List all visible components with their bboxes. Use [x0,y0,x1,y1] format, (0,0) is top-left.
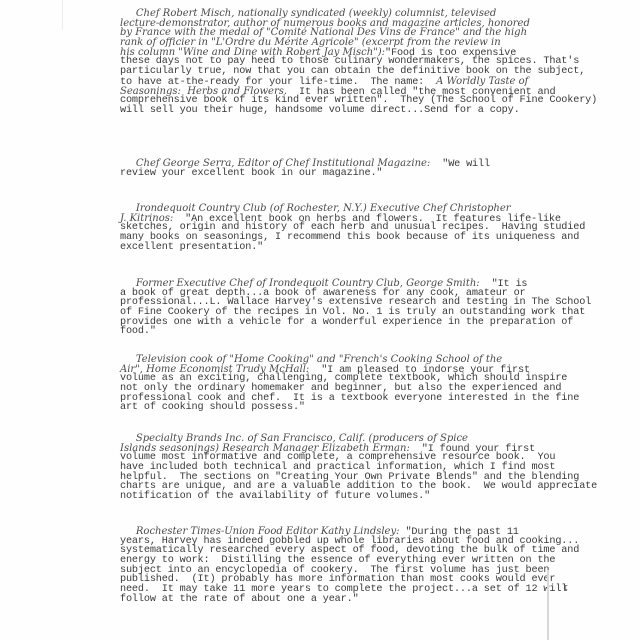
quote-text: follow at the rate of about one a year." [120,594,359,605]
quote-text: review your excellent book in our magazi… [120,168,382,179]
text-line: notification of the availability of futu… [120,492,597,502]
quote-text: art of cooking should possess." [120,402,305,413]
text-line: review your excellent book in our magazi… [120,169,490,179]
text-line: Irondequoit Country Club (of Rochester, … [120,204,585,214]
attribution-text: Irondequoit Country Club (of Rochester, … [120,203,511,214]
testimonial-trudy-mchall: Television cook of "Home Cooking" and "F… [120,355,579,413]
testimonial-george-smith: Former Executive Chef of Irondequoit Cou… [120,279,591,337]
text-line: follow at the rate of about one a year." [120,595,579,605]
quote-text: notification of the availability of futu… [120,491,430,502]
document-page: Chef Robert Misch, nationally syndicated… [0,0,640,640]
text-line: will sell you their huge, handsome volum… [120,106,597,116]
scan-artifact [62,0,63,30]
binding-edge [547,570,549,640]
text-line: excellent presentation." [120,243,585,253]
quote-text: excellent presentation." [120,242,263,253]
attribution-text: A Worldly Taste of [436,76,528,87]
testimonial-robert-misch: Chef Robert Misch, nationally syndicated… [120,9,597,116]
testimonial-george-serra: Chef George Serra, Editor of Chef Instit… [120,159,490,178]
text-line: art of cooking should possess." [120,403,579,413]
quote-text: provides one with a vehicle for a wonder… [120,317,573,328]
edge-mark: ɪ [563,583,567,613]
quote-text: food." [120,326,156,337]
testimonial-christopher-kitrinos: Irondequoit Country Club (of Rochester, … [120,204,585,252]
quote-text: will sell you their huge, handsome volum… [120,105,520,116]
quote-text: "We will [430,159,490,170]
text-line: food." [120,327,591,337]
text-line: provides one with a vehicle for a wonder… [120,318,591,328]
testimonial-kathy-lindsley: Rochester Times-Union Food Editor Kathy … [120,527,579,605]
testimonial-elizabeth-erman: Specialty Brands Inc. of San Francisco, … [120,434,597,502]
